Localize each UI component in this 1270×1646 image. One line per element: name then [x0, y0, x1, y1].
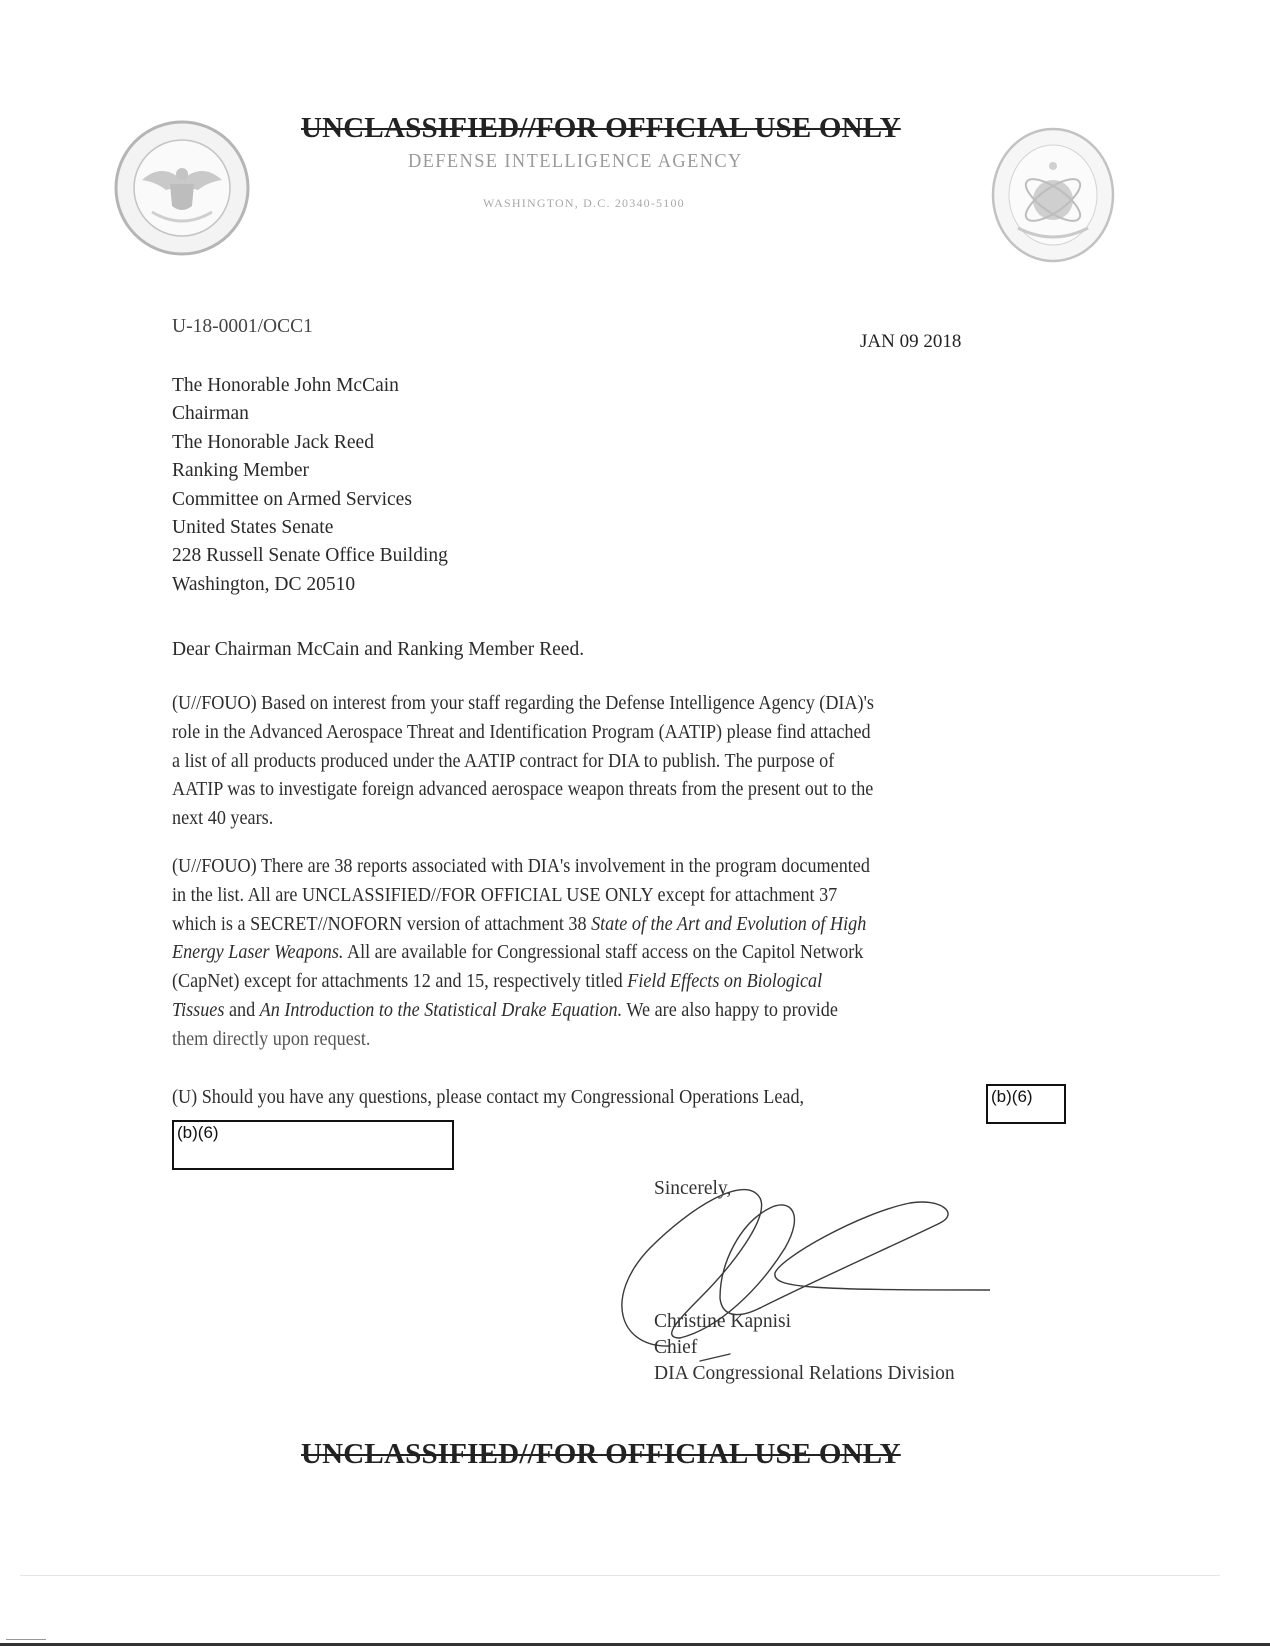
body-paragraph-1: (U//FOUO) Based on interest from your st…	[172, 690, 1077, 834]
paragraph-line: in the list. All are UNCLASSIFIED//FOR O…	[172, 882, 1014, 911]
recipient-line: Chairman	[172, 400, 448, 428]
paragraph-line: role in the Advanced Aerospace Threat an…	[172, 719, 1014, 748]
recipient-line: Washington, DC 20510	[172, 571, 448, 599]
classification-banner-bottom: UNCLASSIFIED//FOR OFFICIAL USE ONLY	[301, 1438, 901, 1471]
paragraph-line: (U//FOUO) There are 38 reports associate…	[172, 853, 1014, 882]
signer-name: Christine Kapnisi	[654, 1309, 955, 1335]
paragraph-line: AATIP was to investigate foreign advance…	[172, 776, 1014, 805]
signature-block: Christine Kapnisi Chief DIA Congressiona…	[654, 1309, 955, 1387]
report-title-state-of-the-art: State of the Art and Evolution of High	[591, 914, 866, 935]
report-title-state-of-the-art: Energy Laser Weapons.	[172, 942, 343, 963]
letter-date: JAN 09 2018	[860, 328, 961, 356]
defense-intelligence-agency-seal-icon	[988, 124, 1118, 266]
recipient-line: The Honorable John McCain	[172, 372, 448, 400]
reference-number: U-18-0001/OCC1	[172, 313, 313, 341]
recipient-line: The Honorable Jack Reed	[172, 429, 448, 457]
recipient-line: Ranking Member	[172, 457, 448, 485]
paragraph-line: (U//FOUO) Based on interest from your st…	[172, 690, 1014, 719]
redaction-box-inline: (b)(6)	[986, 1084, 1066, 1124]
signer-division: DIA Congressional Relations Division	[654, 1361, 955, 1387]
redaction-box-block: (b)(6)	[172, 1120, 454, 1170]
signer-title: Chief	[654, 1335, 955, 1361]
paragraph-text: which is a SECRET//NOFORN version of att…	[172, 914, 591, 935]
recipient-line: 228 Russell Senate Office Building	[172, 542, 448, 570]
paragraph-line: which is a SECRET//NOFORN version of att…	[172, 911, 1014, 940]
department-of-defense-seal-icon	[112, 118, 252, 258]
paragraph-line: Energy Laser Weapons. All are available …	[172, 939, 1014, 968]
salutation: Dear Chairman McCain and Ranking Member …	[172, 636, 584, 664]
body-paragraph-3: (U) Should you have any questions, pleas…	[172, 1084, 1077, 1113]
agency-address: WASHINGTON, D.C. 20340-5100	[483, 196, 685, 211]
paragraph-line: a list of all products produced under th…	[172, 748, 1014, 777]
report-title-field-effects: Field Effects on Biological	[627, 971, 822, 992]
recipient-line: United States Senate	[172, 514, 448, 542]
recipient-address-block: The Honorable John McCain Chairman The H…	[172, 372, 448, 599]
agency-name: DEFENSE INTELLIGENCE AGENCY	[408, 150, 743, 173]
report-title-field-effects: Tissues	[172, 1000, 224, 1021]
paragraph-line: (U) Should you have any questions, pleas…	[172, 1084, 1014, 1113]
body-paragraph-2: (U//FOUO) There are 38 reports associate…	[172, 853, 1077, 1055]
paragraph-text: (CapNet) except for attachments 12 and 1…	[172, 971, 627, 992]
paragraph-line: Tissues and An Introduction to the Stati…	[172, 997, 1014, 1026]
report-title-drake-equation: An Introduction to the Statistical Drake…	[260, 1000, 622, 1021]
scan-artifact-line	[20, 1575, 1220, 1576]
paragraph-line: next 40 years.	[172, 805, 1014, 834]
classification-banner-top: UNCLASSIFIED//FOR OFFICIAL USE ONLY	[301, 112, 901, 145]
paragraph-line: them directly upon request.	[172, 1026, 1014, 1055]
recipient-line: Committee on Armed Services	[172, 486, 448, 514]
paragraph-text: and	[224, 1000, 259, 1021]
paragraph-text: All are available for Congressional staf…	[343, 942, 863, 963]
paragraph-line: (CapNet) except for attachments 12 and 1…	[172, 968, 1014, 997]
paragraph-text: We are also happy to provide	[622, 1000, 838, 1021]
scan-artifact-line	[6, 1639, 46, 1640]
